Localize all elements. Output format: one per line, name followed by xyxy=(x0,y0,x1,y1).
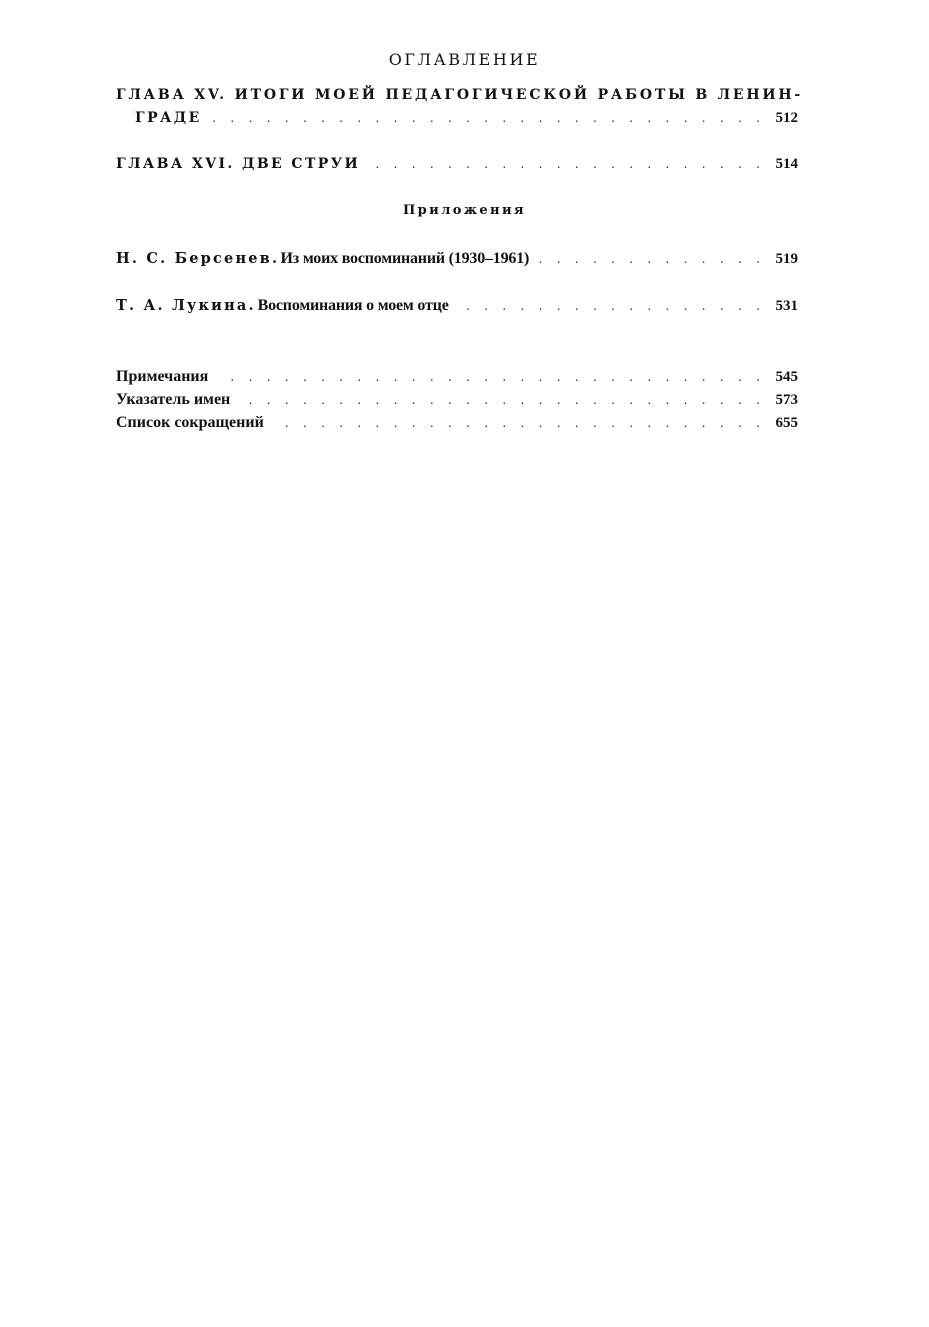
dot-leader xyxy=(218,366,760,389)
entry-title: Указатель имен xyxy=(116,388,230,411)
toc-entry-name-index[interactable]: Указатель имен 573 xyxy=(116,388,798,411)
entry-title: ГЛАВА XVI. ДВЕ СТРУИ xyxy=(116,153,360,176)
page-number: 514 xyxy=(770,153,798,176)
entry-title-line2: ГРАДЕ xyxy=(135,107,202,130)
appendix-heading: Приложения xyxy=(0,203,929,218)
entry-title-line1: ГЛАВА XV. ИТОГИ МОЕЙ ПЕДАГОГИЧЕСКОЙ РАБО… xyxy=(116,84,798,107)
page-number: 545 xyxy=(770,366,798,389)
entry-title: Примечания xyxy=(116,365,208,388)
page-number: 519 xyxy=(770,248,798,271)
toc-entry-abbreviations[interactable]: Список сокращений 655 xyxy=(116,411,798,434)
page-number: 531 xyxy=(770,295,798,318)
entry-title: Воспоминания о моем отце xyxy=(258,294,449,317)
entry-author: Т. А. Лукина. xyxy=(116,294,256,317)
dot-leader xyxy=(370,153,760,176)
toc-entry-appendix-bersenev[interactable]: Н. С. Берсенев. Из моих воспоминаний (19… xyxy=(116,247,798,270)
toc-entry-chapter-15[interactable]: ГЛАВА XV. ИТОГИ МОЕЙ ПЕДАГОГИЧЕСКОЙ РАБО… xyxy=(116,84,798,130)
entry-title: Из моих воспоминаний (1930–1961) xyxy=(281,247,530,270)
page-number: 512 xyxy=(770,107,798,130)
dot-leader xyxy=(459,295,760,318)
dot-leader xyxy=(539,248,760,271)
entry-title: Список сокращений xyxy=(116,411,264,434)
entry-author: Н. С. Берсенев. xyxy=(116,247,279,270)
page-number: 655 xyxy=(770,412,798,435)
toc-entry-chapter-16[interactable]: ГЛАВА XVI. ДВЕ СТРУИ 514 xyxy=(116,153,798,176)
toc-entry-appendix-lukina[interactable]: Т. А. Лукина. Воспоминания о моем отце 5… xyxy=(116,294,798,317)
dot-leader xyxy=(274,412,760,435)
dot-leader xyxy=(212,107,760,130)
dot-leader xyxy=(240,389,760,412)
toc-entry-notes[interactable]: Примечания 545 xyxy=(116,365,798,388)
toc-heading: ОГЛАВЛЕНИЕ xyxy=(0,50,929,69)
document-page: ОГЛАВЛЕНИЕ ГЛАВА XV. ИТОГИ МОЕЙ ПЕДАГОГИ… xyxy=(0,0,929,1327)
page-number: 573 xyxy=(770,389,798,412)
